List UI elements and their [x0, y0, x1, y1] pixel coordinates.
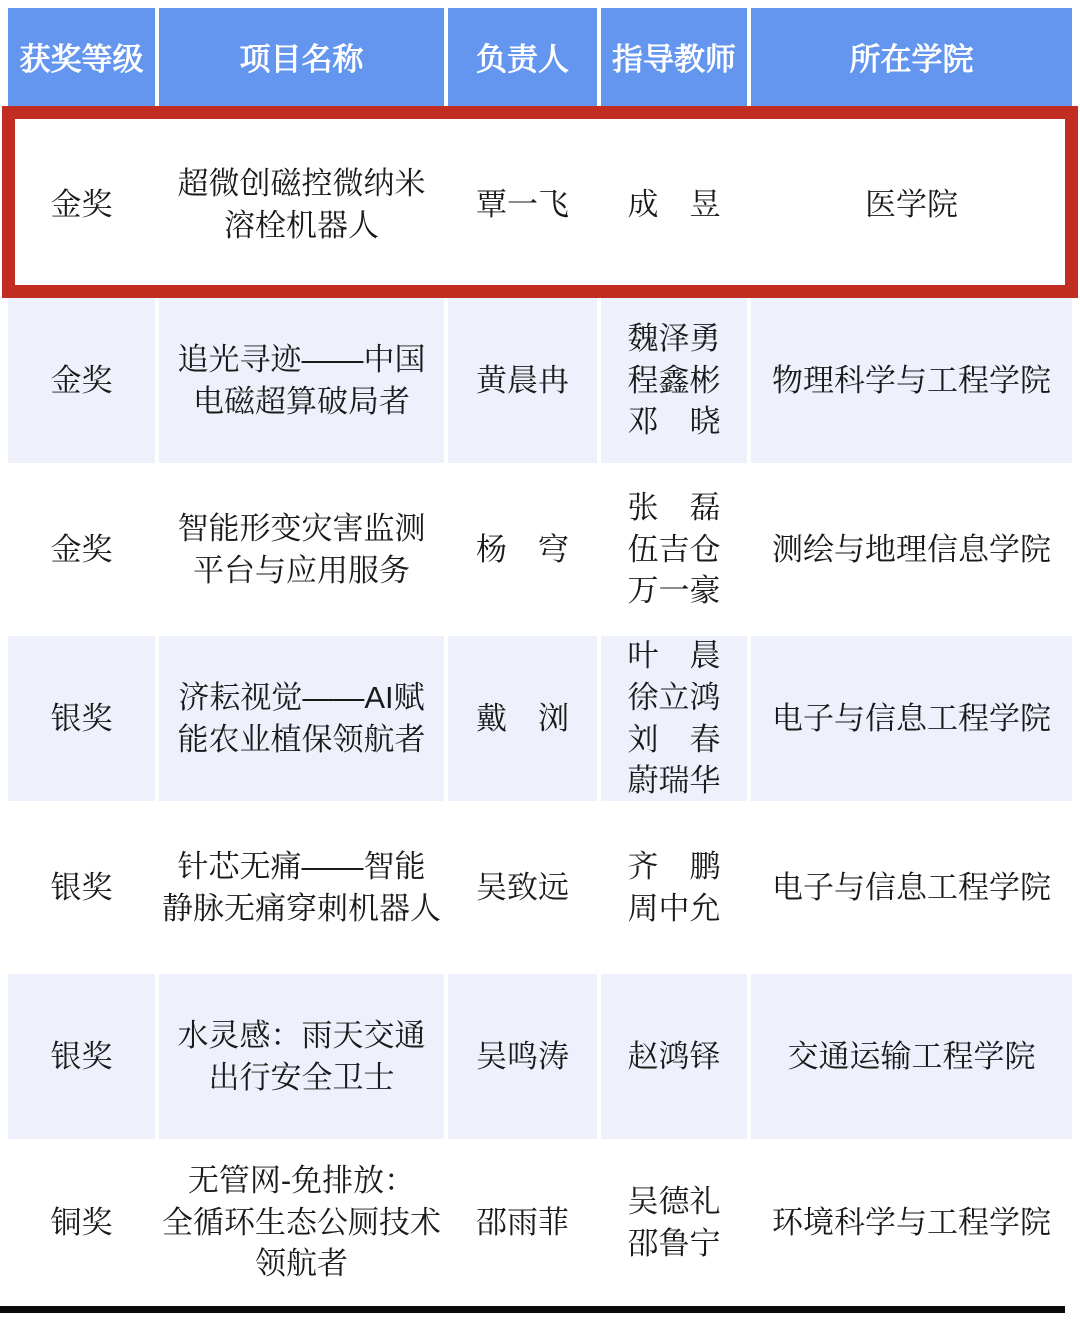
cell-project-name: 超微创磁控微纳米 溶栓机器人 [159, 116, 444, 294]
cell-leader: 杨 穹 [448, 467, 597, 632]
cell-project-name: 水灵感：雨天交通 出行安全卫士 [159, 974, 444, 1139]
cell-award-level: 金奖 [8, 467, 155, 632]
header-cell-teachers: 指导教师 [601, 8, 747, 112]
cell-college: 环境科学与工程学院 [751, 1143, 1072, 1302]
cell-teachers: 吴德礼 邵鲁宁 [601, 1143, 747, 1302]
cell-college: 物理科学与工程学院 [751, 298, 1072, 463]
cell-project-name: 追光寻迹——中国 电磁超算破局者 [159, 298, 444, 463]
cell-award-level: 金奖 [8, 298, 155, 463]
cell-college: 电子与信息工程学院 [751, 636, 1072, 801]
cell-college: 交通运输工程学院 [751, 974, 1072, 1139]
cell-college: 医学院 [751, 116, 1072, 294]
cell-leader: 吴鸣涛 [448, 974, 597, 1139]
cell-teachers: 齐 鹏 周中允 [601, 805, 747, 970]
cell-award-level: 银奖 [8, 974, 155, 1139]
cell-project-name: 智能形变灾害监测 平台与应用服务 [159, 467, 444, 632]
cell-teachers: 赵鸿铎 [601, 974, 747, 1139]
bottom-divider-line [0, 1306, 1065, 1313]
cell-teachers: 魏泽勇 程鑫彬 邓 晓 [601, 298, 747, 463]
cell-award-level: 银奖 [8, 805, 155, 970]
cell-leader: 黄晨冉 [448, 298, 597, 463]
cell-award-level: 银奖 [8, 636, 155, 801]
header-cell-leader: 负责人 [448, 8, 597, 112]
cell-leader: 吴致远 [448, 805, 597, 970]
cell-leader: 邵雨菲 [448, 1143, 597, 1302]
cell-award-level: 金奖 [8, 116, 155, 294]
cell-college: 电子与信息工程学院 [751, 805, 1072, 970]
cell-project-name: 针芯无痛——智能 静脉无痛穿刺机器人 [159, 805, 444, 970]
cell-leader: 覃一飞 [448, 116, 597, 294]
awards-table: 获奖等级项目名称负责人指导教师所在学院金奖超微创磁控微纳米 溶栓机器人覃一飞成 … [8, 8, 1072, 1302]
cell-teachers: 张 磊 伍吉仓 万一豪 [601, 467, 747, 632]
header-cell-project-name: 项目名称 [159, 8, 444, 112]
cell-award-level: 铜奖 [8, 1143, 155, 1302]
header-cell-college: 所在学院 [751, 8, 1072, 112]
cell-college: 测绘与地理信息学院 [751, 467, 1072, 632]
cell-project-name: 无管网-免排放： 全循环生态公厕技术 领航者 [159, 1143, 444, 1302]
cell-teachers: 成 昱 [601, 116, 747, 294]
header-cell-award-level: 获奖等级 [8, 8, 155, 112]
cell-leader: 戴 浏 [448, 636, 597, 801]
cell-project-name: 济耘视觉——AI赋 能农业植保领航者 [159, 636, 444, 801]
cell-teachers: 叶 晨 徐立鸿 刘 春 蔚瑞华 [601, 636, 747, 801]
awards-table-page: 获奖等级项目名称负责人指导教师所在学院金奖超微创磁控微纳米 溶栓机器人覃一飞成 … [0, 0, 1080, 1321]
